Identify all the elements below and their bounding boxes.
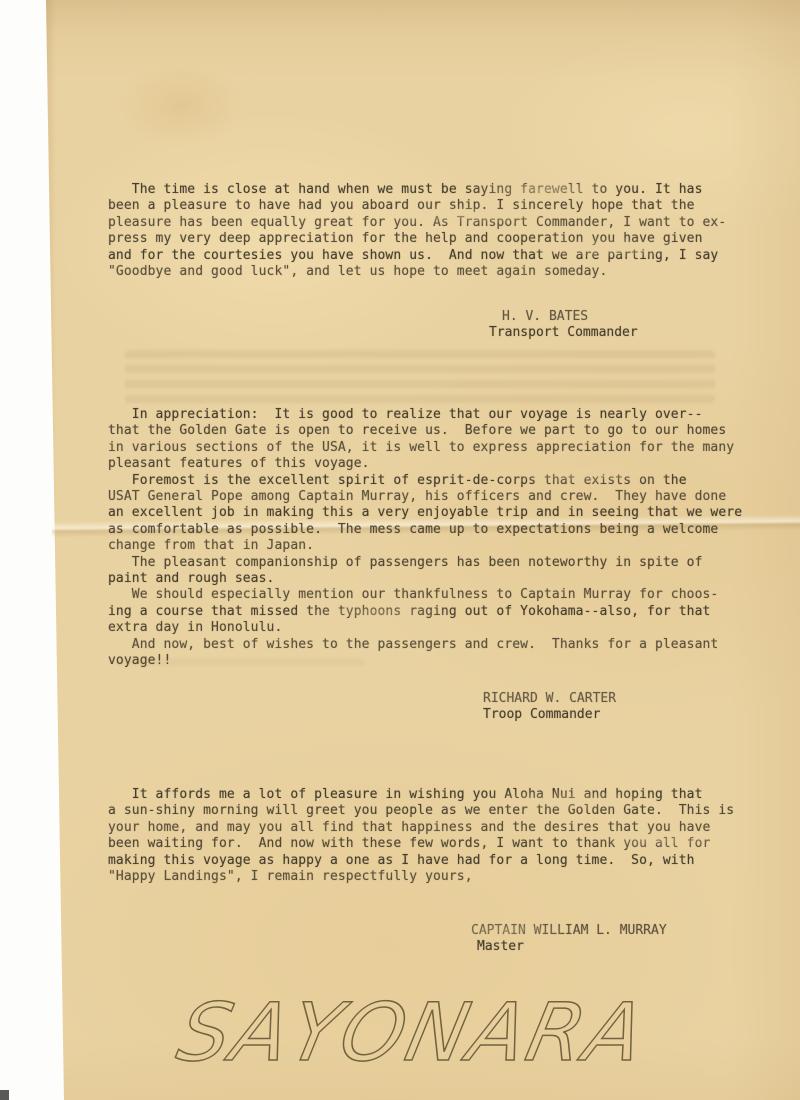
typed-line: making this voyage as happy a one as I h… bbox=[108, 853, 734, 869]
typed-line: voyage!! bbox=[108, 653, 742, 669]
sayonara-text: SAYONARA bbox=[170, 987, 654, 1080]
signature-block-murray: CAPTAIN WILLIAM L. MURRAY Master bbox=[471, 923, 667, 955]
typed-line: a sun-shiny morning will greet you peopl… bbox=[108, 803, 734, 819]
typed-line: paint and rough seas. bbox=[108, 571, 742, 587]
typed-line: pleasure has been equally great for you.… bbox=[108, 215, 726, 231]
typed-line: The time is close at hand when we must b… bbox=[108, 182, 726, 198]
paragraph-transport-commander-message: The time is close at hand when we must b… bbox=[108, 182, 726, 280]
signature-block-bates: H. V. BATES Transport Commander bbox=[489, 309, 638, 341]
bleed-through-text bbox=[125, 350, 715, 404]
typed-line: in various sections of the USA, it is we… bbox=[108, 440, 742, 456]
typed-line: your home, and may you all find that hap… bbox=[108, 820, 734, 836]
typed-line: change from that in Japan. bbox=[108, 538, 742, 554]
typed-line: an excellent job in making this a very e… bbox=[108, 505, 742, 521]
signatory-title: Transport Commander bbox=[489, 325, 638, 341]
typed-line: "Happy Landings", I remain respectfully … bbox=[108, 869, 734, 885]
sayonara-outline-lettering: SAYONARA bbox=[142, 986, 702, 1090]
typed-line: And now, best of wishes to the passenger… bbox=[108, 637, 742, 653]
signatory-name: RICHARD W. CARTER bbox=[483, 691, 616, 707]
typed-line: press my very deep appreciation for the … bbox=[108, 231, 726, 247]
typed-line: extra day in Honolulu. bbox=[108, 620, 742, 636]
typed-line: "Goodbye and good luck", and let us hope… bbox=[108, 264, 726, 280]
signatory-title: Master bbox=[471, 939, 667, 955]
scan-corner-artifact bbox=[0, 1090, 9, 1100]
signatory-title: Troop Commander bbox=[483, 707, 616, 723]
typed-line: pleasant features of this voyage. bbox=[108, 456, 742, 472]
paragraph-captain-aloha-message: It affords me a lot of pleasure in wishi… bbox=[108, 787, 734, 885]
typed-line: as comfortable as possible. The mess cam… bbox=[108, 522, 742, 538]
typed-line: We should especially mention our thankfu… bbox=[108, 587, 742, 603]
typed-line: ing a course that missed the typhoons ra… bbox=[108, 604, 742, 620]
signatory-name: H. V. BATES bbox=[489, 309, 638, 325]
typed-line: USAT General Pope among Captain Murray, … bbox=[108, 489, 742, 505]
typed-line: In appreciation: It is good to realize t… bbox=[108, 407, 742, 423]
typed-line: The pleasant companionship of passengers… bbox=[108, 555, 742, 571]
signature-block-carter: RICHARD W. CARTER Troop Commander bbox=[483, 691, 616, 723]
typed-line: been a pleasure to have had you aboard o… bbox=[108, 198, 726, 214]
typed-line: It affords me a lot of pleasure in wishi… bbox=[108, 787, 734, 803]
typed-line: that the Golden Gate is open to receive … bbox=[108, 423, 742, 439]
signatory-name: CAPTAIN WILLIAM L. MURRAY bbox=[471, 923, 667, 939]
typed-line: Foremost is the excellent spirit of espr… bbox=[108, 473, 742, 489]
typed-line: been waiting for. And now with these few… bbox=[108, 836, 734, 852]
scanned-letter-page: The time is close at hand when we must b… bbox=[0, 0, 800, 1100]
paragraph-troop-commander-appreciation: In appreciation: It is good to realize t… bbox=[108, 407, 742, 670]
typed-line: and for the courtesies you have shown us… bbox=[108, 248, 726, 264]
